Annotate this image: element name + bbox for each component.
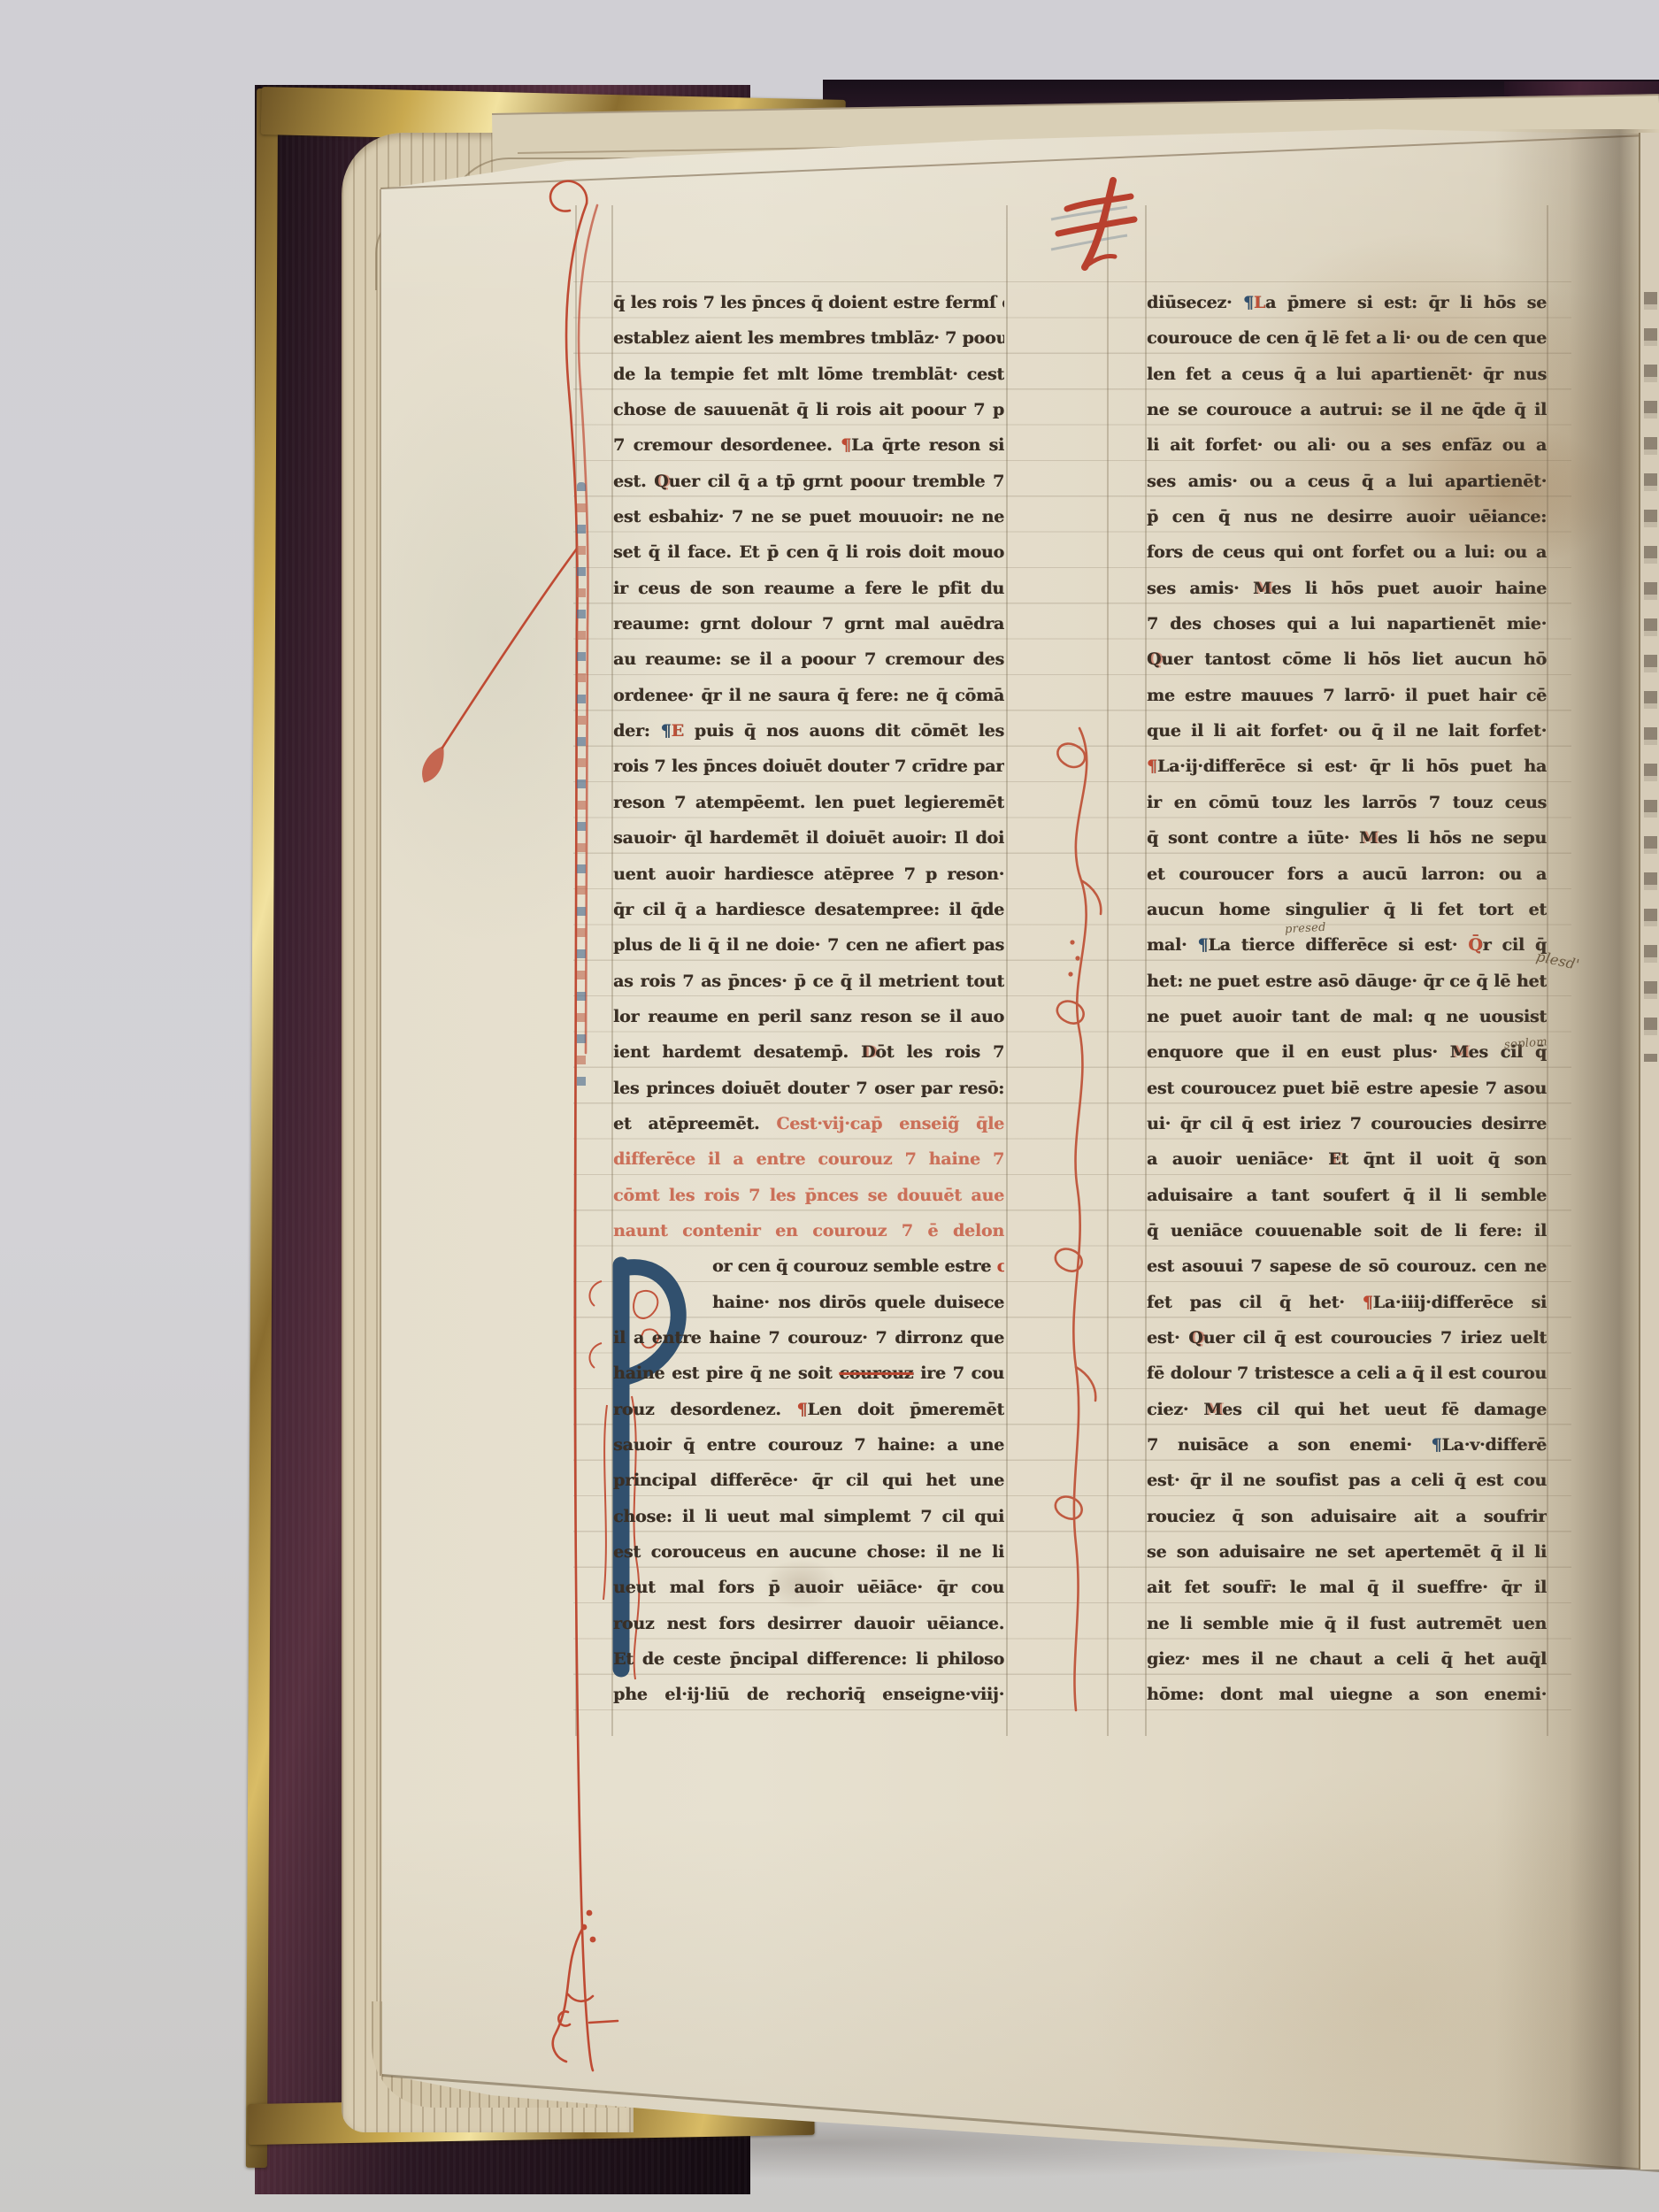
text-segment: fet pas cil q̄ het· [1147, 1293, 1363, 1312]
text-segment: plus de li q̄ il ne doie· 7 cen ne afier… [613, 935, 1004, 955]
text-segment: reson 7 atempēemt. len puet legieremēt [613, 793, 1004, 812]
manuscript-text-line: sauoir q̄ entre courouz 7 haine: a une [613, 1427, 1004, 1463]
manuscript-text-line: a auoir ueniāce· Et q̄nt il uoit q̄ son [1147, 1141, 1547, 1177]
manuscript-text-line: q̄ sont contre a iūte· Mes li hōs ne sep… [1147, 820, 1547, 856]
text-segment-red: ccc·V [997, 1256, 1004, 1276]
text-segment: La tierce differēce si est· [1208, 935, 1468, 955]
text-segment: courouce de cen q̄ lē fet a li· ou de ce… [1147, 328, 1547, 348]
text-segment-cap: M [1359, 828, 1378, 848]
manuscript-text-line: q̄ ueniāce couuenable soit de li fere: i… [1147, 1213, 1547, 1248]
manuscript-text-line: differēce il a entre courouz 7 haine 7 [613, 1141, 1004, 1177]
text-segment: mal· [1147, 935, 1198, 955]
manuscript-text-line: ir en cōmū touz les larrōs 7 touz ceus [1147, 785, 1547, 820]
text-segment: Len doit p̄meremēt [807, 1400, 1004, 1419]
text-segment: uent auoir hardiesce atēpree 7 p reson· [613, 864, 1004, 884]
manuscript-text-line: est corouceus en aucune chose: il ne li [613, 1534, 1004, 1570]
manuscript-text-line: 7 nuisāce a son enemi· ¶La·v·differē [1147, 1427, 1547, 1463]
manuscript-text-line: haine· nos dirōs quele duisece [613, 1285, 1004, 1320]
text-segment-cap: M [1203, 1400, 1222, 1419]
manuscript-text-line: Et de ceste p̄ncipal difference: li phil… [613, 1641, 1004, 1677]
manuscript-text-line: li ait forfet· ou ali· ou a ses enfāz ou… [1147, 427, 1547, 463]
text-segment: ne se courouce a autrui: se il ne q̄de q… [1147, 400, 1547, 419]
text-segment: aduisaire a tant soufert q̄ il li semble [1147, 1186, 1547, 1205]
text-segment: ient hardemt desatemp̄. [613, 1042, 861, 1062]
text-segment: set q̄ il face. Et p̄ cen q̄ li rois doi… [613, 542, 1004, 562]
text-segment: me estre mauues 7 larrō· il puet hair cē [1147, 686, 1547, 705]
manuscript-text-line: rouz desordenez. ¶Len doit p̄meremēt [613, 1392, 1004, 1427]
text-segment: a auoir ueniāce· [1147, 1149, 1328, 1169]
manuscript-text-line: fors de ceus qui ont forfet ou a lui: ou… [1147, 534, 1547, 570]
text-segment-cap: M [1450, 1042, 1469, 1062]
text-segment: li ait forfet· ou ali· ou a ses enfāz ou… [1147, 435, 1547, 455]
ruling-vertical [1006, 205, 1008, 1736]
text-segment: fē dolour 7 tristesce a celi a q̄ il est… [1147, 1363, 1547, 1383]
manuscript-text-line: or cen q̄ courouz semble estre ccc·VII [613, 1248, 1004, 1284]
text-segment: est. [613, 472, 654, 491]
manuscript-text-line: 7 cremour desordenee. ¶La q̄rte reson si [613, 427, 1004, 463]
text-segment: Et de ceste p̄ncipal difference: li phil… [613, 1649, 1004, 1669]
text-segment: La·ij·differēce si est· q̄r li hōs puet … [1157, 757, 1547, 776]
text-segment: principal differēce· q̄r cil qui het une [613, 1471, 1004, 1490]
text-segment-pb: ¶ [661, 721, 672, 741]
text-segment: La q̄rte reson si [851, 435, 1004, 455]
quire-mark [1049, 173, 1147, 275]
text-segment: phe el·ij·liū de rechoriq̄ enseigne·viij… [613, 1685, 1004, 1704]
text-segment: ne puet auoir tant de mal: q ne uousist [1147, 1007, 1547, 1026]
text-segment: enquore que il en eust plus· [1147, 1042, 1450, 1062]
text-segment: q̄ sont contre a iūte· [1147, 828, 1359, 848]
manuscript-text-line: plus de li q̄ il ne doie· 7 cen ne afier… [613, 927, 1004, 963]
text-segment: ōt les rois 7 [875, 1042, 1004, 1062]
manuscript-text-line: phe el·ij·liū de rechoriq̄ enseigne·viij… [613, 1677, 1004, 1712]
text-segment: et atēpreemēt. [613, 1114, 776, 1133]
text-segment: ueut mal fors p̄ auoir uēiāce· q̄r cou [613, 1578, 1004, 1597]
manuscript-text-line: ne se courouce a autrui: se il ne q̄de q… [1147, 392, 1547, 427]
text-segment: diūsecez· [1147, 293, 1243, 312]
text-segment-cap: Q [1188, 1328, 1202, 1348]
text-segment: hōme: dont mal uiegne a son enemi· [1147, 1685, 1547, 1704]
text-segment-pr: ¶ [1147, 757, 1157, 776]
text-segment-rub: cōmt les rois 7 les p̄nces se douuēt aue [613, 1186, 1004, 1205]
manuscript-text-line: ses amis· ou a ceus q̄ a lui apartienēt· [1147, 464, 1547, 499]
text-segment: uer tantost cōme li hōs liet aucun hō [1161, 649, 1547, 669]
text-segment-pr: ¶ [797, 1400, 808, 1419]
manuscript-text-line: het: ne puet estre asō dāuge· q̄r ce q̄ … [1147, 964, 1547, 999]
text-column-right: diūsecez· ¶La p̄mere si est: q̄r li hōs … [1147, 285, 1547, 1713]
text-segment: rois 7 les p̄nces doiuēt douter 7 crīdre… [613, 757, 1004, 776]
text-segment-pb: ¶ [1243, 293, 1254, 312]
text-column-left: q̄ les rois 7 les p̄nces q̄ doient estre… [613, 285, 1004, 1713]
text-segment-rub: differēce il a entre courouz 7 haine 7 [613, 1149, 1004, 1169]
text-segment: et couroucer fors a aucū larron: ou a [1147, 864, 1547, 884]
text-segment: que il li ait forfet· ou q̄ il ne lait f… [1147, 721, 1547, 741]
text-segment-pr: ¶ [841, 435, 851, 455]
text-segment: het: ne puet estre asō dāuge· q̄r ce q̄ … [1147, 972, 1547, 991]
manuscript-text-line: chose de sauuenāt q̄ li rois ait poour 7… [613, 392, 1004, 427]
manuscript-text-line: mal· ¶La tierce differēce si est· Q̄r ci… [1147, 927, 1547, 963]
manuscript-text-line: rois 7 les p̄nces doiuēt douter 7 crīdre… [613, 749, 1004, 784]
text-segment: ir en cōmū touz les larrōs 7 touz ceus [1147, 793, 1547, 812]
manuscript-text-line: p̄ cen q̄ nus ne desirre auoir uēiance: [1147, 499, 1547, 534]
text-segment: as rois 7 as p̄nces· p̄ ce q̄ il metrien… [613, 972, 1004, 991]
manuscript-text-line: fet pas cil q̄ het· ¶La·iiij·differēce s… [1147, 1285, 1547, 1320]
text-segment: ui· q̄r cil q̄ est iriez 7 couroucies de… [1147, 1114, 1547, 1133]
manuscript-text-line: ir ceus de son reaume a fere le pfit du [613, 571, 1004, 606]
text-segment: len fet a ceus q̄ a lui apartienēt· q̄r … [1147, 365, 1547, 384]
text-segment: establez aient les membres tmblāz· 7 poo… [613, 328, 1004, 348]
text-segment-rub: Cest·vij·cap̄ enseig̃ q̄le [776, 1114, 1004, 1133]
manuscript-text-line: establez aient les membres tmblāz· 7 poo… [613, 320, 1004, 356]
text-segment: uer cil q̄ a tp̄ grnt poour tremble 7 [669, 472, 1004, 491]
manuscript-text-line: q̄r cil q̄ a hardiesce desatempree: il q… [613, 892, 1004, 927]
text-segment: 7 des choses qui a lui napartienēt mie· [1147, 614, 1547, 634]
text-segment: der: [613, 721, 661, 741]
facing-page-sliver [1639, 133, 1659, 2170]
text-segment: q̄ les rois 7 les p̄nces q̄ doient estre… [613, 293, 1004, 312]
manuscript-text-line: uent auoir hardiesce atēpree 7 p reson· [613, 856, 1004, 892]
text-segment-cap: M [1253, 579, 1271, 598]
manuscript-photo: q̄ les rois 7 les p̄nces q̄ doient estre… [0, 0, 1659, 2212]
text-segment: ses amis· [1147, 579, 1253, 598]
text-segment-strike: courouz [839, 1363, 913, 1383]
manuscript-text-line: hōme: dont mal uiegne a son enemi· [1147, 1677, 1547, 1712]
text-segment: il a entre haine 7 courouz· 7 dirronz qu… [613, 1328, 1004, 1348]
manuscript-text-line: au reaume: se il a poour 7 cremour des [613, 641, 1004, 677]
text-segment-pb: ¶ [1198, 935, 1209, 955]
text-segment-cap: D [861, 1042, 875, 1062]
manuscript-text-line: giez· mes il ne chaut a celi q̄ het auq̄… [1147, 1641, 1547, 1677]
text-segment: est corouceus en aucune chose: il ne li [613, 1542, 1004, 1562]
text-segment: ne li semble mie q̄ il fust autremēt uen [1147, 1614, 1547, 1633]
manuscript-text-line: rouciez q̄ son aduisaire ait a soufrir [1147, 1499, 1547, 1534]
text-segment: se son aduisaire ne set apertemēt q̄ il … [1147, 1542, 1547, 1562]
manuscript-text-line: se son aduisaire ne set apertemēt q̄ il … [1147, 1534, 1547, 1570]
text-segment-redl: E [671, 721, 683, 741]
manuscript-text-line: ¶La·ij·differēce si est· q̄r li hōs puet… [1147, 749, 1547, 784]
manuscript-text-line: que il li ait forfet· ou q̄ il ne lait f… [1147, 713, 1547, 749]
text-segment: q̄ ueniāce couuenable soit de li fere: i… [1147, 1221, 1547, 1240]
text-segment: ciez· [1147, 1400, 1203, 1419]
manuscript-text-line: ne li semble mie q̄ il fust autremēt uen [1147, 1606, 1547, 1641]
text-segment: 7 cremour desordenee. [613, 435, 841, 455]
text-segment: est couroucez puet biē estre apesie 7 as… [1147, 1079, 1547, 1098]
manuscript-text-line: me estre mauues 7 larrō· il puet hair cē [1147, 678, 1547, 713]
text-segment: rouciez q̄ son aduisaire ait a soufrir [1147, 1507, 1547, 1526]
text-segment: de la tempie fet mlt lōme tremblāt· cest [613, 365, 1004, 384]
text-segment-cap: E [1328, 1149, 1340, 1169]
text-segment: est· [1147, 1328, 1188, 1348]
text-segment: fors de ceus qui ont forfet ou a lui: ou… [1147, 542, 1547, 562]
text-segment: aucun home singulier q̄ li fet tort et [1147, 900, 1547, 919]
facing-page-text-sliver [1644, 292, 1657, 1062]
manuscript-text-line: haine est pire q̄ ne soit courouz ire 7 … [613, 1356, 1004, 1391]
text-segment: haine· nos dirōs quele duisece [712, 1293, 1004, 1312]
manuscript-text-line: fē dolour 7 tristesce a celi a q̄ il est… [1147, 1356, 1547, 1391]
manuscript-text-line: lor reaume en peril sanz reson se il auo [613, 999, 1004, 1034]
text-segment-pr: ¶ [1363, 1293, 1373, 1312]
manuscript-text-line: reson 7 atempēemt. len puet legieremēt [613, 785, 1004, 820]
intercolumn-flourish-red [1018, 721, 1141, 1721]
manuscript-text-line: ne puet auoir tant de mal: q ne uousist [1147, 999, 1547, 1034]
text-segment: ire 7 cou [913, 1363, 1004, 1383]
manuscript-text-line: est. Quer cil q̄ a tp̄ grnt poour trembl… [613, 464, 1004, 499]
manuscript-text-line: est· q̄r il ne soufist pas a celi q̄ est… [1147, 1463, 1547, 1498]
manuscript-text-line: q̄ les rois 7 les p̄nces q̄ doient estre… [613, 285, 1004, 320]
text-segment: 7 nuisāce a son enemi· [1147, 1435, 1432, 1455]
text-segment: est esbahiz· 7 ne se puet mouuoir: ne ne [613, 507, 1004, 526]
text-segment: ir ceus de son reaume a fere le pfit du [613, 579, 1004, 598]
text-segment: ait fet soufr̄: le mal q̄ il sueffre· q̄… [1147, 1578, 1547, 1597]
gutter-shadow [1495, 129, 1659, 2170]
manuscript-text-line: ui· q̄r cil q̄ est iriez 7 couroucies de… [1147, 1106, 1547, 1141]
text-segment: est asouui 7 sapese de sō courouz. cen n… [1147, 1256, 1547, 1276]
text-segment: les princes doiuēt douter 7 oser par res… [613, 1079, 1004, 1098]
text-segment: est· q̄r il ne soufist pas a celi q̄ est… [1147, 1471, 1547, 1490]
text-segment: ordenee· q̄r il ne saura q̄ fere: ne q̄ … [613, 686, 1004, 705]
text-segment-redl: L [1254, 293, 1265, 312]
text-segment: p̄ cen q̄ nus ne desirre auoir uēiance: [1147, 507, 1547, 526]
manuscript-text-line: de la tempie fet mlt lōme tremblāt· cest [613, 357, 1004, 392]
manuscript-text-line: est couroucez puet biē estre apesie 7 as… [1147, 1071, 1547, 1106]
text-segment-pb: ¶ [1432, 1435, 1442, 1455]
text-segment: rouz nest fors desirrer dauoir uēiance. [613, 1614, 1004, 1633]
text-segment: chose: il li ueut mal simplemt 7 cil qui [613, 1507, 1004, 1526]
text-segment: lor reaume en peril sanz reson se il auo [613, 1007, 1004, 1026]
manuscript-text-line: rouz nest fors desirrer dauoir uēiance. [613, 1606, 1004, 1641]
manuscript-text-line: est· Quer cil q̄ est couroucies 7 iriez … [1147, 1320, 1547, 1356]
manuscript-text-line: der: ¶E puis q̄ nos auons dit cōmēt les [613, 713, 1004, 749]
manuscript-text-line: naunt contenir en courouz 7 ē delon [613, 1213, 1004, 1248]
manuscript-text-line: diūsecez· ¶La p̄mere si est: q̄r li hōs … [1147, 285, 1547, 320]
manuscript-text-line: set q̄ il face. Et p̄ cen q̄ li rois doi… [613, 534, 1004, 570]
text-segment: q̄r cil q̄ a hardiesce desatempree: il q… [613, 900, 1004, 919]
manuscript-text-line: et atēpreemēt. Cest·vij·cap̄ enseig̃ q̄l… [613, 1106, 1004, 1141]
text-segment: reaume: grnt dolour 7 grnt mal auēdra [613, 614, 1004, 634]
manuscript-text-line: est asouui 7 sapese de sō courouz. cen n… [1147, 1248, 1547, 1284]
text-segment: ses amis· ou a ceus q̄ a lui apartienēt· [1147, 472, 1547, 491]
filigree-chain [577, 482, 586, 1093]
manuscript-text-line: ueut mal fors p̄ auoir uēiāce· q̄r cou [613, 1570, 1004, 1605]
text-segment-cap: Q [1147, 649, 1161, 669]
manuscript-text-line: les princes doiuēt douter 7 oser par res… [613, 1071, 1004, 1106]
manuscript-text-line: as rois 7 as p̄nces· p̄ ce q̄ il metrien… [613, 964, 1004, 999]
text-segment: sauoir q̄ entre courouz 7 haine: a une [613, 1435, 1004, 1455]
text-segment-rub: naunt contenir en courouz 7 ē delon [613, 1221, 1004, 1240]
manuscript-text-line: ait fet soufr̄: le mal q̄ il sueffre· q̄… [1147, 1570, 1547, 1605]
manuscript-text-line: courouce de cen q̄ lē fet a li· ou de ce… [1147, 320, 1547, 356]
text-segment-redl: Q̄ [1468, 935, 1482, 955]
manuscript-text-line: len fet a ceus q̄ a lui apartienēt· q̄r … [1147, 357, 1547, 392]
text-segment: au reaume: se il a poour 7 cremour des [613, 649, 1004, 669]
manuscript-text-line: ient hardemt desatemp̄. Dōt les rois 7 [613, 1034, 1004, 1070]
manuscript-text-line: ciez· Mes cil qui het ueut fē damage [1147, 1392, 1547, 1427]
text-segment: haine est pire q̄ ne soit [613, 1363, 839, 1383]
manuscript-text-line: et couroucer fors a aucū larron: ou a [1147, 856, 1547, 892]
manuscript-text-line: aduisaire a tant soufert q̄ il li semble [1147, 1178, 1547, 1213]
manuscript-text-line: 7 des choses qui a lui napartienēt mie· [1147, 606, 1547, 641]
manuscript-text-line: enquore que il en eust plus· Mes cil q̄ [1147, 1034, 1547, 1070]
manuscript-text-line: est esbahiz· 7 ne se puet mouuoir: ne ne [613, 499, 1004, 534]
manuscript-text-line: ordenee· q̄r il ne saura q̄ fere: ne q̄ … [613, 678, 1004, 713]
text-segment: sauoir· q̄l hardemēt il doiuēt auoir: Il… [613, 828, 1004, 848]
manuscript-text-line: aucun home singulier q̄ li fet tort et [1147, 892, 1547, 927]
manuscript-text-line: principal differēce· q̄r cil qui het une [613, 1463, 1004, 1498]
text-segment: or cen q̄ courouz semble estre [712, 1256, 997, 1276]
manuscript-text-line: sauoir· q̄l hardemēt il doiuēt auoir: Il… [613, 820, 1004, 856]
manuscript-text-line: Quer tantost cōme li hōs liet aucun hō [1147, 641, 1547, 677]
interlinear-gloss: presed [1285, 921, 1326, 936]
manuscript-text-line: ses amis· Mes li hōs puet auoir haine [1147, 571, 1547, 606]
text-segment-cap: Q [654, 472, 668, 491]
manuscript-text-line: cōmt les rois 7 les p̄nces se douuēt aue [613, 1178, 1004, 1213]
text-segment: rouz desordenez. [613, 1400, 797, 1419]
manuscript-text-line: reaume: grnt dolour 7 grnt mal auēdra [613, 606, 1004, 641]
text-segment: puis q̄ nos auons dit cōmēt les [684, 721, 1004, 741]
text-segment: giez· mes il ne chaut a celi q̄ het auq̄… [1147, 1649, 1547, 1669]
manuscript-text-line: il a entre haine 7 courouz· 7 dirronz qu… [613, 1320, 1004, 1356]
manuscript-text-line: chose: il li ueut mal simplemt 7 cil qui [613, 1499, 1004, 1534]
text-segment: chose de sauuenāt q̄ li rois ait poour 7… [613, 400, 1004, 419]
